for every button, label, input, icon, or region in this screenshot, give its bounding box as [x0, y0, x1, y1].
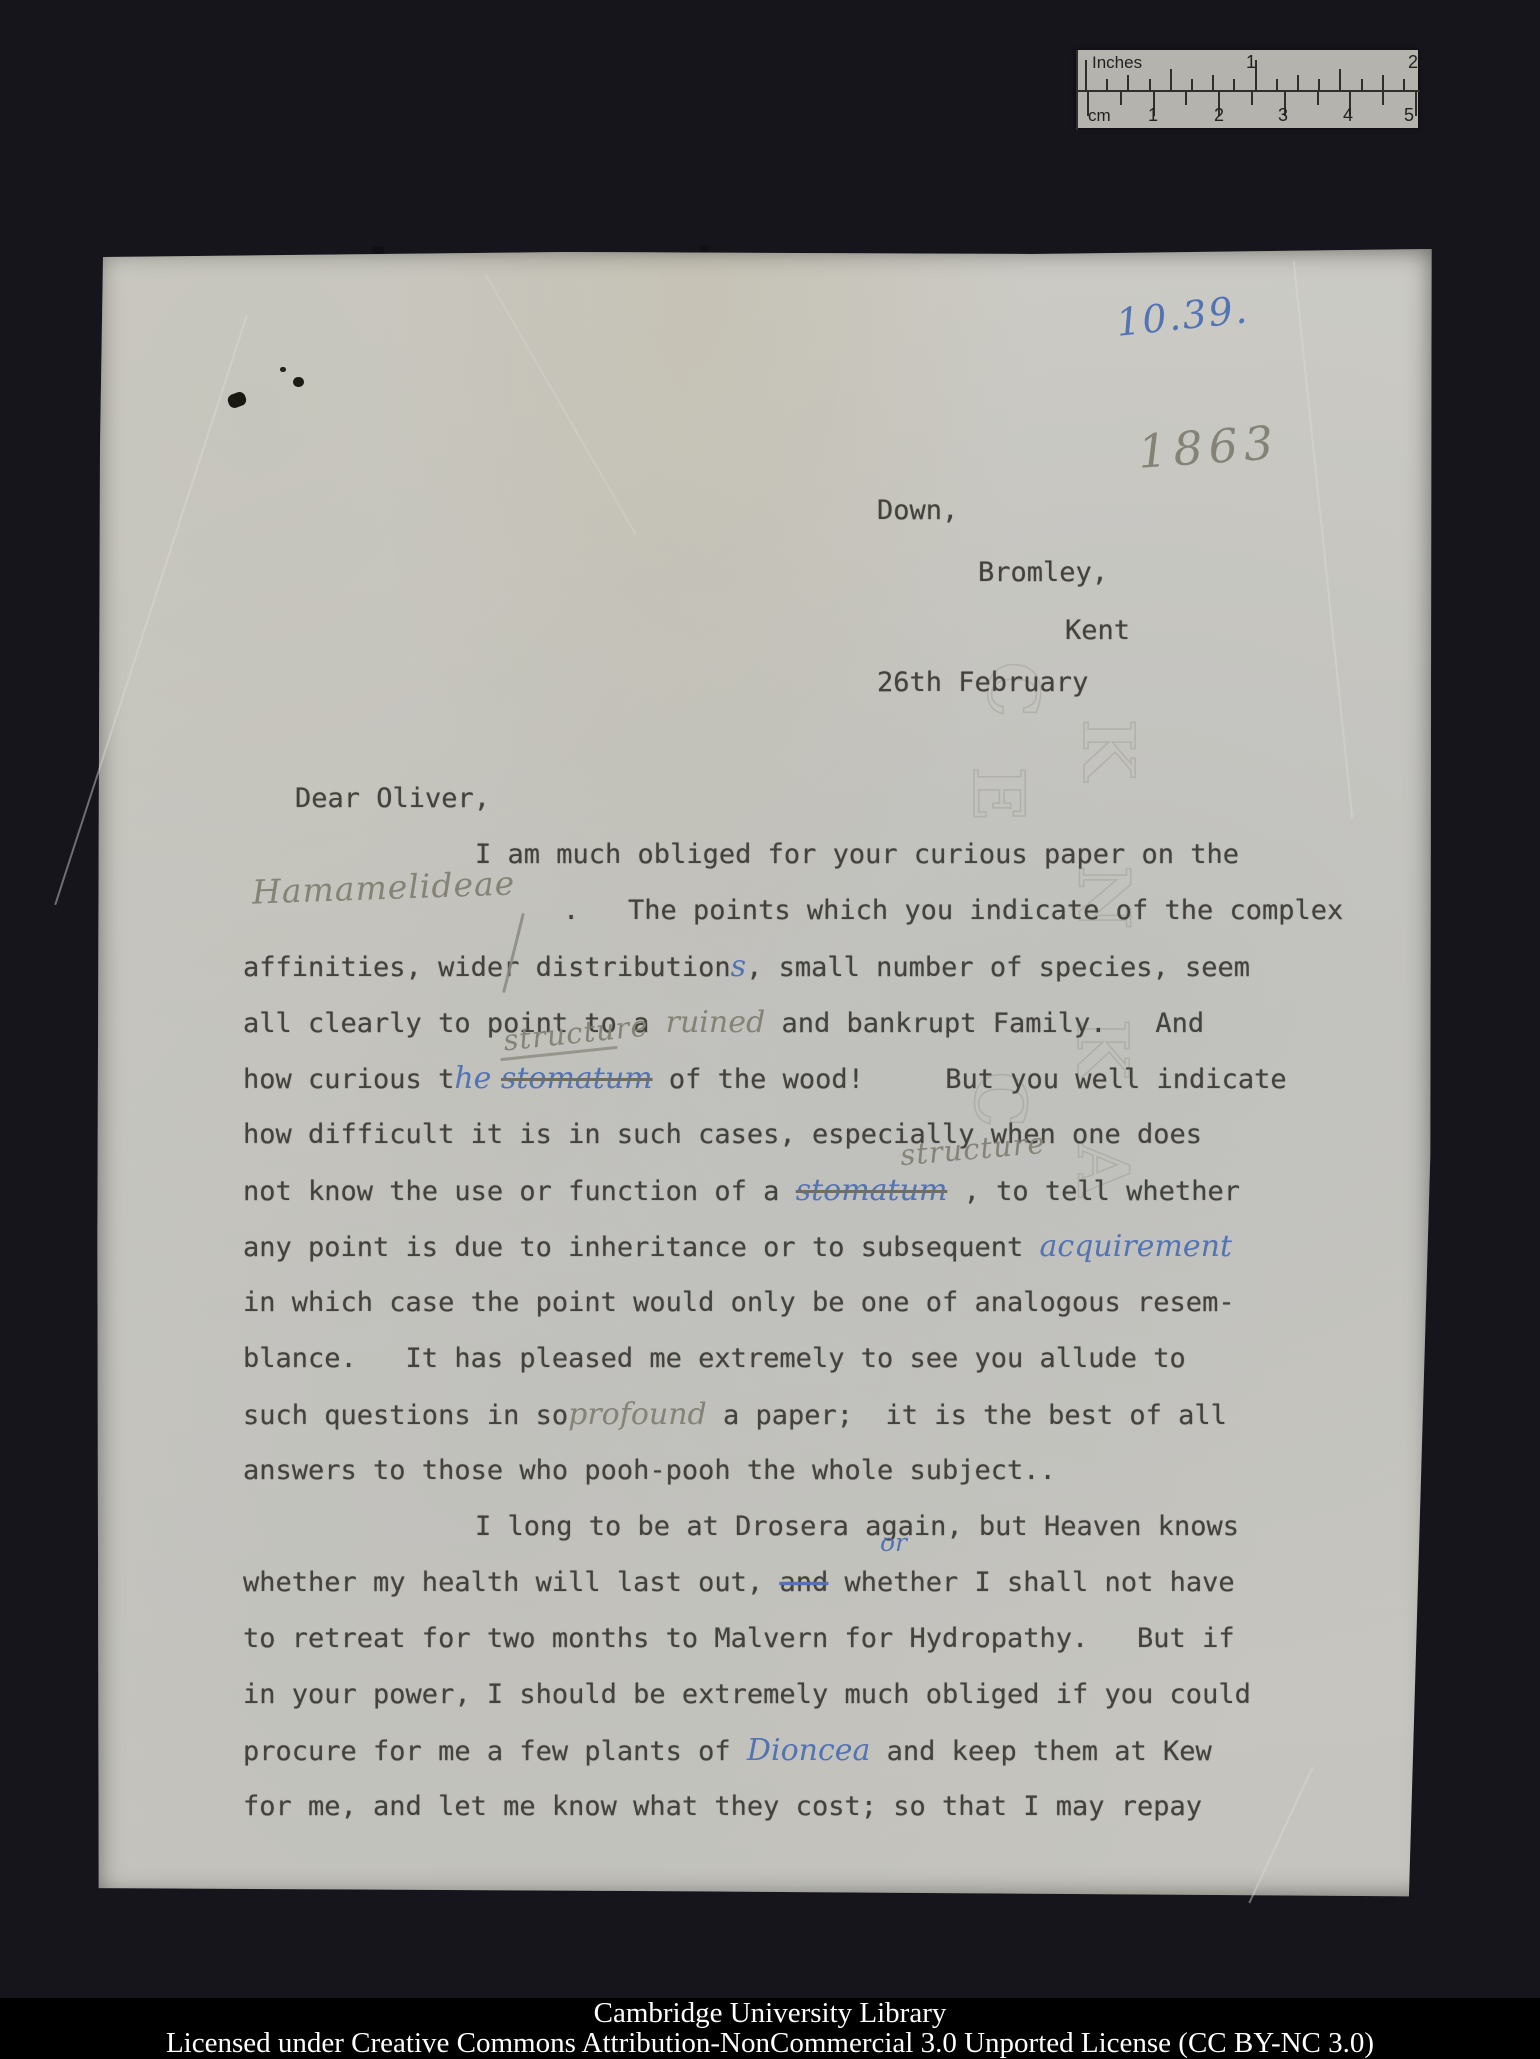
body-line-6: how difficult it is in such cases, espec… — [243, 1118, 1202, 1156]
ruler-cm-number: 3 — [1278, 105, 1288, 126]
body-line-9: in which case the point would only be on… — [243, 1286, 1235, 1324]
typed-text: Dear Oliver, — [295, 783, 490, 814]
address-bromley: Bromley, — [978, 556, 1108, 594]
typed-text: affinities, wider distribution — [243, 952, 731, 983]
typed-text: answers to those who pooh-pooh the whole… — [243, 1455, 1056, 1486]
typed-text: Down, — [877, 495, 958, 526]
library-caption-band: Cambridge University Library Licensed un… — [0, 1998, 1540, 2059]
body-line-3: affinities, wider distributions, small n… — [243, 950, 1250, 989]
scanned-letter-image: Inches 12 cm 12345 Cambridge University … — [0, 0, 1540, 2059]
body-line-7: not know the use or function of a stomat… — [243, 1174, 1240, 1213]
ruler-cm-label: cm — [1088, 106, 1111, 126]
typed-text: and bankrupt Family. And — [765, 1008, 1204, 1039]
handwritten-text: s — [731, 949, 746, 984]
or-annotation: or — [880, 1528, 907, 1557]
watermark-letter: K — [1067, 719, 1150, 780]
edge-nick-2 — [700, 245, 709, 252]
ruler-inch-number: 2 — [1408, 52, 1418, 73]
ruler-cm-scale: cm 12345 — [1076, 90, 1420, 130]
ruler-inch-number: 1 — [1246, 52, 1256, 73]
year-annotation: 1863 — [1136, 415, 1281, 479]
typed-text: how difficult it is in such cases, espec… — [243, 1119, 1202, 1150]
handwritten-text: he — [454, 1061, 501, 1096]
typed-text: procure for me a few plants of — [243, 1736, 747, 1767]
typed-text: how curious t — [243, 1064, 454, 1095]
handwritten-text: acquirement — [1040, 1229, 1232, 1264]
address-down: Down, — [877, 494, 958, 532]
edge-nick-1 — [372, 246, 384, 254]
typed-text: 26th February — [877, 667, 1088, 698]
body-line-8: any point is due to inheritance or to su… — [243, 1230, 1232, 1269]
typed-text: in your power, I should be extremely muc… — [243, 1679, 1251, 1710]
measurement-ruler: Inches 12 cm 12345 — [1076, 50, 1418, 128]
watermark-letter: E — [957, 767, 1040, 820]
typed-text: . The points which you indicate of the c… — [563, 895, 1343, 926]
typed-text: I long to be at Drosera again, but Heave… — [475, 1511, 1239, 1542]
ruler-cm-number: 1 — [1148, 105, 1158, 126]
handwritten-text: Dioncea — [747, 1733, 870, 1768]
typed-text: in which case the point would only be on… — [243, 1287, 1235, 1318]
ruler-inches-label: Inches — [1092, 53, 1142, 73]
handwritten-text: stomatum — [796, 1173, 948, 1208]
typed-text: , small number of species, seem — [746, 952, 1250, 983]
date-line: 26th February — [877, 666, 1088, 704]
body-line-13: I long to be at Drosera again, but Heave… — [475, 1510, 1239, 1548]
handwritten-text: profound — [568, 1397, 707, 1432]
license-text: Licensed under Creative Commons Attribut… — [166, 2028, 1374, 2058]
typed-text: blance. It has pleased me extremely to s… — [243, 1343, 1186, 1374]
body-line-14: whether my health will last out, and whe… — [243, 1566, 1235, 1604]
body-line-5: how curious the stomatum of the wood! Bu… — [243, 1062, 1287, 1101]
typed-text: , to tell whether — [947, 1176, 1240, 1207]
typed-text: of the wood! But you well indicate — [653, 1064, 1287, 1095]
body-line-4: all clearly to point to a ruined and ban… — [243, 1006, 1204, 1045]
body-line-17: procure for me a few plants of Dioncea a… — [243, 1734, 1212, 1773]
body-line-15: to retreat for two months to Malvern for… — [243, 1622, 1235, 1660]
typed-text: Kent — [1065, 615, 1130, 646]
body-line-11: such questions in soprofound a paper; it… — [243, 1398, 1227, 1437]
typed-text: I am much obliged for your curious paper… — [475, 839, 1239, 870]
ruler-cm-number: 2 — [1214, 105, 1224, 126]
typed-text: such questions in so — [243, 1400, 568, 1431]
body-line-10: blance. It has pleased me extremely to s… — [243, 1342, 1186, 1380]
typed-text: Bromley, — [978, 557, 1108, 588]
body-line-18: for me, and let me know what they cost; … — [243, 1790, 1202, 1828]
body-line-12: answers to those who pooh-pooh the whole… — [243, 1454, 1056, 1492]
handwritten-text: stomatum — [501, 1061, 653, 1096]
typed-text: and keep them at Kew — [870, 1736, 1211, 1767]
ruler-cm-number: 4 — [1343, 105, 1353, 126]
typed-text: a paper; it is the best of all — [707, 1400, 1227, 1431]
typed-text: and — [779, 1567, 828, 1598]
ruler-cm-number: 5 — [1404, 105, 1414, 126]
ink-blob-3 — [280, 367, 286, 372]
body-line-2: . The points which you indicate of the c… — [563, 894, 1343, 932]
library-name: Cambridge University Library — [594, 1998, 947, 2028]
typed-text: not know the use or function of a — [243, 1176, 796, 1207]
body-line-1: I am much obliged for your curious paper… — [475, 838, 1239, 876]
typed-text: any point is due to inheritance or to su… — [243, 1232, 1040, 1263]
body-line-16: in your power, I should be extremely muc… — [243, 1678, 1251, 1716]
address-kent: Kent — [1065, 614, 1130, 652]
typed-text: for me, and let me know what they cost; … — [243, 1791, 1202, 1822]
ruler-inches-scale: Inches 12 — [1076, 50, 1420, 90]
typed-text: whether I shall not have — [828, 1567, 1234, 1598]
typed-text: whether my health will last out, — [243, 1567, 779, 1598]
handwritten-text: ruined — [666, 1005, 766, 1040]
salutation: Dear Oliver, — [295, 782, 490, 820]
typed-text: to retreat for two months to Malvern for… — [243, 1623, 1235, 1654]
ink-blob-2 — [293, 377, 304, 387]
